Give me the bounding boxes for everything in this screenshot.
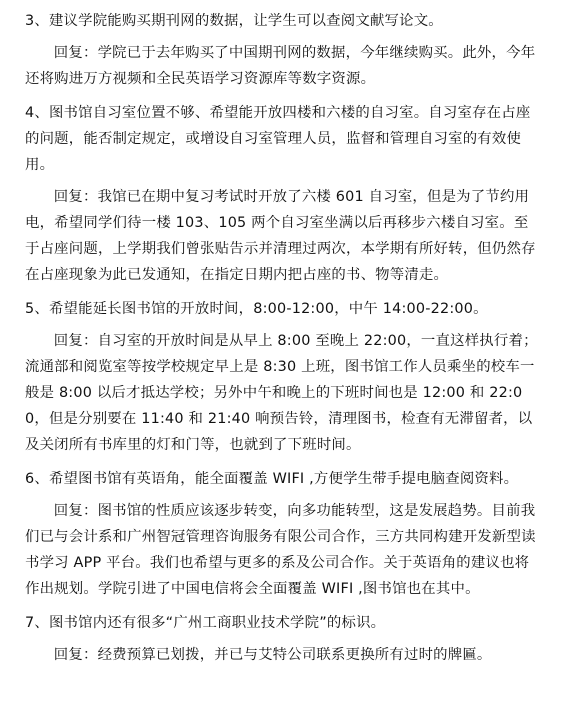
item-6: 6、希望图书馆有英语角，能全面覆盖 WIFI ,方便学生带手提电脑查阅资料。 回… <box>25 466 542 602</box>
document-page: 3、建议学院能购买期刊网的数据，让学生可以查阅文献写论文。 回复：学院已于去年购… <box>0 0 564 712</box>
reply-text: 回复：经费预算已划拨，并已与艾特公司联系更换所有过时的牌匾。 <box>25 642 542 668</box>
reply-text: 回复：自习室的开放时间是从早上 8:00 至晚上 22:00，一直这样执行着；流… <box>25 328 542 458</box>
question-text: 5、希望能延长图书馆的开放时间，8:00-12:00，中午 14:00-22:0… <box>25 296 542 322</box>
question-text: 7、图书馆内还有很多“广州工商职业技术学院”的标识。 <box>25 610 542 636</box>
item-7: 7、图书馆内还有很多“广州工商职业技术学院”的标识。 回复：经费预算已划拨，并已… <box>25 610 542 668</box>
question-text: 4、图书馆自习室位置不够、希望能开放四楼和六楼的自习室。自习室存在占座的问题，能… <box>25 100 542 178</box>
reply-text: 回复：图书馆的性质应该逐步转变，向多功能转型，这是发展趋势。目前我们已与会计系和… <box>25 498 542 602</box>
reply-text: 回复：学院已于去年购买了中国期刊网的数据，今年继续购买。此外，今年还将购进万方视… <box>25 40 542 92</box>
item-3: 3、建议学院能购买期刊网的数据，让学生可以查阅文献写论文。 回复：学院已于去年购… <box>25 8 542 92</box>
item-5: 5、希望能延长图书馆的开放时间，8:00-12:00，中午 14:00-22:0… <box>25 296 542 458</box>
reply-text: 回复：我馆已在期中复习考试时开放了六楼 601 自习室，但是为了节约用电，希望同… <box>25 184 542 288</box>
question-text: 6、希望图书馆有英语角，能全面覆盖 WIFI ,方便学生带手提电脑查阅资料。 <box>25 466 542 492</box>
item-4: 4、图书馆自习室位置不够、希望能开放四楼和六楼的自习室。自习室存在占座的问题，能… <box>25 100 542 288</box>
question-text: 3、建议学院能购买期刊网的数据，让学生可以查阅文献写论文。 <box>25 8 542 34</box>
